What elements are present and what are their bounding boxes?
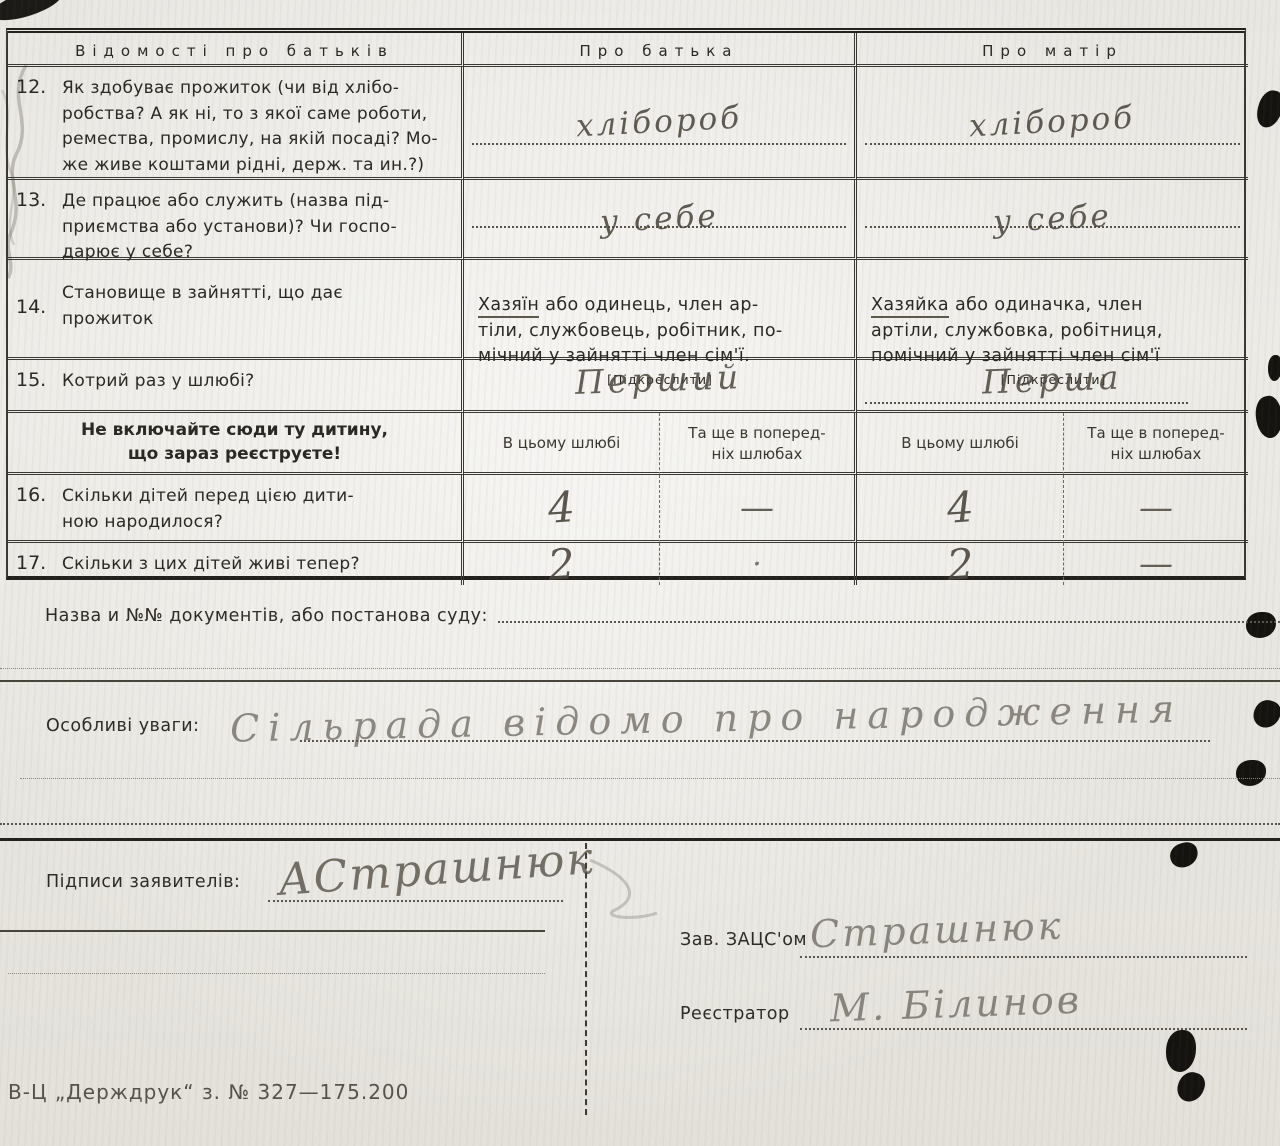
row13-mother-handwritten-value: у себе xyxy=(992,197,1113,239)
remarks-label: Особливі уваги: xyxy=(46,716,200,736)
row17-father-prev-value: · xyxy=(752,547,762,582)
registrar-label: Реєстратор xyxy=(680,1004,790,1024)
row16-father-prev-cell: — xyxy=(660,475,857,543)
documents-line: Назва и №№ документів, або постанова суд… xyxy=(45,606,1280,626)
question-12-number: 12. xyxy=(16,76,54,173)
paper-damage-spot xyxy=(1254,88,1280,131)
applicants-signatures-label: Підписи заявителів: xyxy=(46,872,240,892)
row14-father-underlined-option: Хазяїн xyxy=(478,295,539,318)
row17-father-this-cell: 2 xyxy=(464,543,660,585)
row15-mother-answer-cell: Перша xyxy=(857,360,1248,413)
row16-father-prev-value: — xyxy=(740,488,774,528)
question-13-text: Де працює або служить (назва під- приємс… xyxy=(62,189,397,253)
row16-mother-prev-cell: — xyxy=(1064,475,1248,543)
question-13-number: 13. xyxy=(16,189,54,253)
documents-label: Назва и №№ документів, або постанова суд… xyxy=(45,606,488,626)
question-16-cell: 16. Скільки дітей перед цією дити- ною н… xyxy=(8,475,464,543)
zags-head-label: Зав. ЗАЦС'ом xyxy=(680,930,807,950)
separator-line xyxy=(0,668,1280,669)
question-15-text: Котрий раз у шлюбі? xyxy=(62,369,254,406)
zags-head-signature-line xyxy=(800,956,1247,958)
row16-mother-prev-value: — xyxy=(1139,488,1173,528)
row14-mother-underlined-option: Хазяйка xyxy=(871,295,949,318)
question-14-text: Становище в зайнятті, що дає прожиток xyxy=(62,281,343,332)
question-17-cell: 17. Скільки з цих дітей живі тепер? xyxy=(8,543,464,585)
documents-blank-line xyxy=(498,606,1280,623)
writing-line xyxy=(865,402,1188,404)
row12-mother-answer-cell: хлібороб xyxy=(857,67,1248,180)
row17-father-prev-cell: · xyxy=(660,543,857,585)
row16-mother-this-cell: 4 xyxy=(857,475,1064,543)
separator-line xyxy=(0,930,545,932)
section-divider-line xyxy=(585,843,587,1115)
registrar-signature-handwritten: М. Білинов xyxy=(829,978,1082,1031)
children-note-cell: Не включайте сюди ту дитину, що зараз ре… xyxy=(8,413,464,475)
question-13-cell: 13. Де працює або служить (назва під- пр… xyxy=(8,180,464,260)
question-16-text: Скільки дітей перед цією дити- ною народ… xyxy=(62,484,354,536)
row12-father-answer-cell: хлібороб xyxy=(464,67,857,180)
row14-father-options-cell: Хазяїн або одинець, член ар- тіли, служб… xyxy=(464,260,857,360)
question-17-number: 17. xyxy=(16,552,54,581)
separator-line xyxy=(0,838,1280,841)
father-previous-marriages-header: Та ще в поперед- ніх шлюбах xyxy=(660,413,857,475)
row14-mother-options-cell: Хазяйка або одиначка, член артіли, служб… xyxy=(857,260,1248,360)
mother-previous-marriages-label: Та ще в поперед- ніх шлюбах xyxy=(1087,423,1224,464)
column-header-father: Про батька xyxy=(464,33,857,67)
paper-damage-spot xyxy=(1250,696,1280,731)
paper-damage-spot xyxy=(1253,394,1280,440)
row17-mother-prev-cell: — xyxy=(1064,543,1248,585)
separator-line xyxy=(20,778,1280,779)
question-14-cell: 14. Становище в зайнятті, що дає прожито… xyxy=(8,260,464,360)
applicants-signature-handwritten: АСтрашнюк xyxy=(277,833,597,906)
paper-damage-spot xyxy=(1166,1030,1196,1072)
question-15-number: 15. xyxy=(16,369,54,406)
father-previous-marriages-label: Та ще в поперед- ніх шлюбах xyxy=(688,423,825,464)
row16-father-this-cell: 4 xyxy=(464,475,660,543)
question-15-cell: 15. Котрий раз у шлюбі? xyxy=(8,360,464,413)
paper-damage-spot xyxy=(1168,840,1201,870)
question-14-number: 14. xyxy=(16,296,54,318)
writing-line xyxy=(865,143,1240,145)
paper-damage-spot xyxy=(1268,355,1280,381)
question-12-text: Як здобуває прожиток (чи від хлібо- робс… xyxy=(62,76,438,173)
row15-mother-handwritten-value: Перша xyxy=(982,357,1124,401)
row16-mother-this-value: 4 xyxy=(945,482,975,533)
row15-father-handwritten-value: Перший xyxy=(575,357,743,402)
row13-mother-answer-cell: у себе xyxy=(857,180,1248,260)
row17-mother-prev-value: — xyxy=(1139,544,1173,584)
column-header-info-label: Відомості про батьків xyxy=(75,42,394,60)
separator-line xyxy=(0,680,1280,682)
paper-damage-spot xyxy=(0,0,66,27)
column-header-mother-label: Про матір xyxy=(982,42,1123,60)
pencil-scribble xyxy=(585,855,665,925)
writing-line xyxy=(472,143,846,145)
father-this-marriage-header: В цьому шлюбі xyxy=(464,413,660,475)
mother-this-marriage-header: В цьому шлюбі xyxy=(857,413,1064,475)
scanned-form-page: Відомості про батьків Про батька Про мат… xyxy=(0,0,1280,1146)
row12-father-handwritten-value: хлібороб xyxy=(575,100,743,145)
row17-mother-this-value: 2 xyxy=(945,539,975,590)
column-header-father-label: Про батька xyxy=(579,42,738,60)
row16-father-this-value: 4 xyxy=(546,482,576,533)
zags-head-signature-handwritten: Страшнюк xyxy=(809,904,1064,957)
row12-mother-handwritten-value: хлібороб xyxy=(969,100,1137,145)
row13-father-handwritten-value: у себе xyxy=(599,197,720,239)
remarks-blank-line xyxy=(300,740,1210,742)
father-this-marriage-label: В цьому шлюбі xyxy=(503,433,621,453)
column-header-info: Відомості про батьків xyxy=(8,33,464,67)
row17-father-this-value: 2 xyxy=(546,539,576,590)
row17-mother-this-cell: 2 xyxy=(857,543,1064,585)
column-header-mother: Про матір xyxy=(857,33,1248,67)
children-note-text: Не включайте сюди ту дитину, що зараз ре… xyxy=(81,419,388,467)
mother-previous-marriages-header: Та ще в поперед- ніх шлюбах xyxy=(1064,413,1248,475)
question-12-cell: 12. Як здобуває прожиток (чи від хлібо- … xyxy=(8,67,464,180)
separator-line xyxy=(8,973,545,974)
print-shop-info: В-Ц „Держдрук“ з. № 327—175.200 xyxy=(8,1080,409,1104)
row15-father-answer-cell: Перший xyxy=(464,360,857,413)
parents-info-table: Відомості про батьків Про батька Про мат… xyxy=(6,28,1246,580)
applicants-signature-line xyxy=(268,900,563,902)
row13-father-answer-cell: у себе xyxy=(464,180,857,260)
separator-line xyxy=(0,823,1280,825)
mother-this-marriage-label: В цьому шлюбі xyxy=(901,433,1019,453)
registrar-signature-line xyxy=(800,1028,1247,1030)
question-16-number: 16. xyxy=(16,484,54,536)
paper-damage-spot xyxy=(1174,1069,1208,1106)
paper-damage-spot xyxy=(1236,760,1266,786)
question-17-text: Скільки з цих дітей живі тепер? xyxy=(62,552,360,581)
